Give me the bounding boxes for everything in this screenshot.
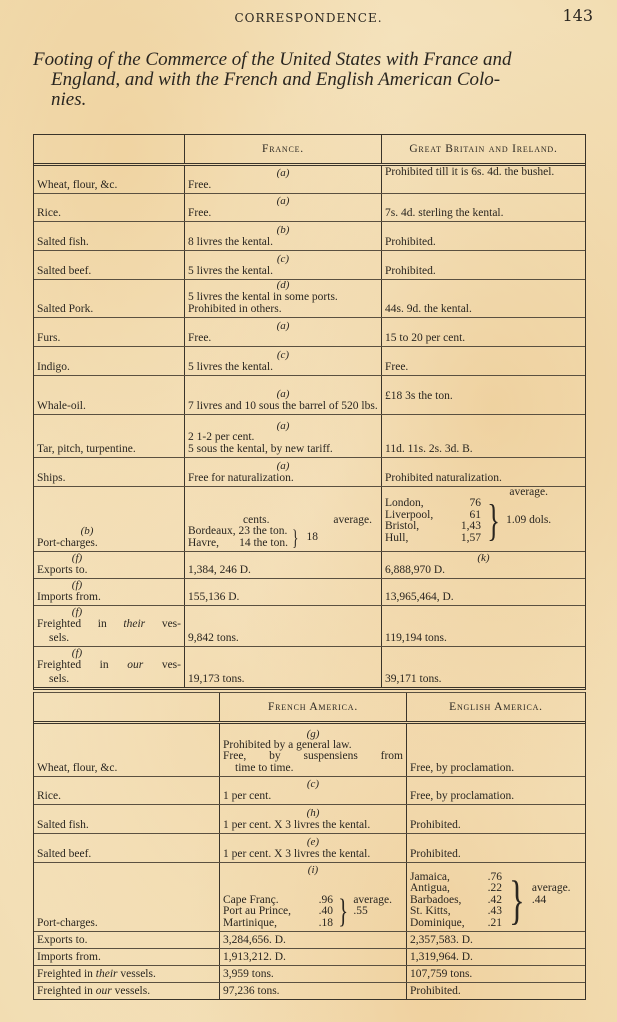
britain-value: 119,194 tons. bbox=[381, 606, 585, 646]
france-value: 1,384, 246 D. bbox=[184, 552, 381, 578]
britain-value: 7s. 4d. sterling the kental. bbox=[381, 194, 585, 221]
header-english-america: English America. bbox=[406, 693, 585, 721]
french-america-value: (c)1 per cent. bbox=[219, 777, 406, 804]
britain-value: 13,965,464, D. bbox=[381, 579, 585, 605]
britain-value: £18 3s the ton. bbox=[381, 376, 585, 414]
row-item: (f)Imports from. bbox=[34, 579, 184, 605]
table-row: (f)Freighted in our ves-sels.19,173 tons… bbox=[34, 647, 585, 690]
britain-value: 39,171 tons. bbox=[381, 647, 585, 687]
header-item bbox=[34, 693, 219, 721]
table-row: Salted beef.(c)5 livres the kental.Prohi… bbox=[34, 251, 585, 280]
france-value: (a)7 livres and 10 sous the barrel of 52… bbox=[184, 376, 381, 414]
english-port-charges: Jamaica, Antigua, Barbadoes, St. Kitts, … bbox=[406, 863, 585, 931]
header-item bbox=[34, 135, 184, 163]
row-item: Exports to. bbox=[34, 932, 219, 948]
row-item: Wheat, flour, &c. bbox=[34, 724, 219, 776]
britain-value: Prohibited naturalization. bbox=[381, 458, 585, 486]
france-value: (a)Free for naturalization. bbox=[184, 458, 381, 486]
row-item: Freighted in our vessels. bbox=[34, 983, 219, 999]
english-america-value: Prohibited. bbox=[406, 983, 585, 999]
table-row: Ships.(a)Free for naturalization.Prohibi… bbox=[34, 458, 585, 487]
table-row: Salted fish.(b)8 livres the kental.Prohi… bbox=[34, 222, 585, 251]
header-france: France. bbox=[184, 135, 381, 163]
france-value: (b)8 livres the kental. bbox=[184, 222, 381, 250]
france-value: (a)Free. bbox=[184, 166, 381, 193]
table-row: Rice.(c)1 per cent.Free, by proclamation… bbox=[34, 777, 585, 805]
row-item: Freighted in their vessels. bbox=[34, 966, 219, 982]
title-line-3: nies. bbox=[33, 90, 581, 110]
row-item: Salted fish. bbox=[34, 805, 219, 833]
britain-value: Free. bbox=[381, 347, 585, 375]
english-america-value: 2,357,583. D. bbox=[406, 932, 585, 948]
table-row: Salted Pork.(d)5 livres the kental in so… bbox=[34, 280, 585, 318]
french-america-value: 97,236 tons. bbox=[219, 983, 406, 999]
britain-value: Prohibited till it is 6s. 4d. the bushel… bbox=[381, 166, 585, 193]
table-row: Freighted in our vessels.97,236 tons.Pro… bbox=[34, 983, 585, 999]
row-item: Whale-oil. bbox=[34, 376, 184, 414]
table-header: France. Great Britain and Ireland. bbox=[34, 135, 585, 166]
table-row: Rice.(a)Free.7s. 4d. sterling the kental… bbox=[34, 194, 585, 222]
britain-value: 44s. 9d. the kental. bbox=[381, 280, 585, 317]
page-title: Footing of the Commerce of the United St… bbox=[33, 50, 581, 110]
table-row: Imports from.1,913,212. D.1,319,964. D. bbox=[34, 949, 585, 966]
french-port-charges: (i) Cape Franç. Port au Prince, Martiniq… bbox=[219, 863, 406, 931]
page-number: 143 bbox=[562, 6, 593, 25]
britain-value: 11d. 11s. 2s. 3d. B. bbox=[381, 415, 585, 457]
row-item: Ships. bbox=[34, 458, 184, 486]
table-row: (f)Imports from.155,136 D.13,965,464, D. bbox=[34, 579, 585, 606]
table-row: (f)Freighted in their ves-sels.9,842 ton… bbox=[34, 606, 585, 647]
english-america-value: Prohibited. bbox=[406, 834, 585, 862]
title-line-2: England, and with the French and English… bbox=[33, 70, 581, 90]
table-header: French America. English America. bbox=[34, 692, 585, 724]
france-value: (c)5 livres the kental. bbox=[184, 347, 381, 375]
french-america-value: 3,284,656. D. bbox=[219, 932, 406, 948]
table-france-britain: France. Great Britain and Ireland. Wheat… bbox=[33, 134, 586, 690]
france-value: (a)2 1-2 per cent.5 sous the kental, by … bbox=[184, 415, 381, 457]
table-row: Whale-oil.(a)7 livres and 10 sous the ba… bbox=[34, 376, 585, 415]
table-row: (f)Exports to.1,384, 246 D.(k)6,888,970 … bbox=[34, 552, 585, 579]
header-britain: Great Britain and Ireland. bbox=[381, 135, 585, 163]
table-row: Tar, pitch, turpentine.(a)2 1-2 per cent… bbox=[34, 415, 585, 458]
english-america-value: 107,759 tons. bbox=[406, 966, 585, 982]
row-item: Rice. bbox=[34, 194, 184, 221]
france-value: 19,173 tons. bbox=[184, 647, 381, 687]
france-value: 9,842 tons. bbox=[184, 606, 381, 646]
row-item: Salted fish. bbox=[34, 222, 184, 250]
row-item: Rice. bbox=[34, 777, 219, 804]
row-item: (f)Freighted in our ves-sels. bbox=[34, 647, 184, 687]
france-value: (c)5 livres the kental. bbox=[184, 251, 381, 279]
row-item: (f)Exports to. bbox=[34, 552, 184, 578]
france-value: (a)Free. bbox=[184, 318, 381, 346]
table-row: Exports to.3,284,656. D.2,357,583. D. bbox=[34, 932, 585, 949]
english-america-value: Free, by proclamation. bbox=[406, 777, 585, 804]
row-item: Port-charges. bbox=[34, 863, 219, 931]
english-america-value: 1,319,964. D. bbox=[406, 949, 585, 965]
row-item: Indigo. bbox=[34, 347, 184, 375]
britain-value: Prohibited. bbox=[381, 251, 585, 279]
france-value: (a)Free. bbox=[184, 194, 381, 221]
english-america-value: Prohibited. bbox=[406, 805, 585, 833]
row-item: Salted Pork. bbox=[34, 280, 184, 317]
france-value: (d)5 livres the kental in some ports. Pr… bbox=[184, 280, 381, 317]
row-item: Salted beef. bbox=[34, 834, 219, 862]
english-america-value: Free, by proclamation. bbox=[406, 724, 585, 776]
britain-value: Prohibited. bbox=[381, 222, 585, 250]
table-row: Furs.(a)Free.15 to 20 per cent. bbox=[34, 318, 585, 347]
britain-port-charges: average. London, Liverpool, Bristol, Hul… bbox=[381, 487, 585, 551]
table-row: Salted fish.(h)1 per cent. X 3 livres th… bbox=[34, 805, 585, 834]
french-america-value: (e)1 per cent. X 3 livres the kental. bbox=[219, 834, 406, 862]
table-row-port-charges: Port-charges. (i) Cape Franç. Port au Pr… bbox=[34, 863, 585, 932]
row-item: (f)Freighted in their ves-sels. bbox=[34, 606, 184, 646]
row-item: Tar, pitch, turpentine. bbox=[34, 415, 184, 457]
french-america-value: (g)Prohibited by a general law.Free, by … bbox=[219, 724, 406, 776]
table-row: Indigo.(c)5 livres the kental.Free. bbox=[34, 347, 585, 376]
row-item: Wheat, flour, &c. bbox=[34, 166, 184, 193]
table-row: Freighted in their vessels.3,959 tons.10… bbox=[34, 966, 585, 983]
header-french-america: French America. bbox=[219, 693, 406, 721]
france-port-charges: cents. average. Bordeaux, 23 the ton. Ha… bbox=[184, 487, 381, 551]
britain-value: 15 to 20 per cent. bbox=[381, 318, 585, 346]
french-america-value: 1,913,212. D. bbox=[219, 949, 406, 965]
french-america-value: (h)1 per cent. X 3 livres the kental. bbox=[219, 805, 406, 833]
row-item: Salted beef. bbox=[34, 251, 184, 279]
row-item: Furs. bbox=[34, 318, 184, 346]
table-row: Salted beef.(e)1 per cent. X 3 livres th… bbox=[34, 834, 585, 863]
table-row: Wheat, flour, &c.(g)Prohibited by a gene… bbox=[34, 724, 585, 777]
britain-value: (k)6,888,970 D. bbox=[381, 552, 585, 578]
running-head: CORRESPONDENCE. bbox=[0, 11, 617, 25]
french-america-value: 3,959 tons. bbox=[219, 966, 406, 982]
row-item: (b) Port-charges. bbox=[34, 487, 184, 551]
row-item: Imports from. bbox=[34, 949, 219, 965]
title-line-1: Footing of the Commerce of the United St… bbox=[33, 50, 581, 70]
table-french-english-america: French America. English America. Wheat, … bbox=[33, 692, 586, 1000]
table-row-port-charges: (b) Port-charges. cents. average. Bordea… bbox=[34, 487, 585, 552]
france-value: 155,136 D. bbox=[184, 579, 381, 605]
table-row: Wheat, flour, &c.(a)Free.Prohibited till… bbox=[34, 166, 585, 194]
